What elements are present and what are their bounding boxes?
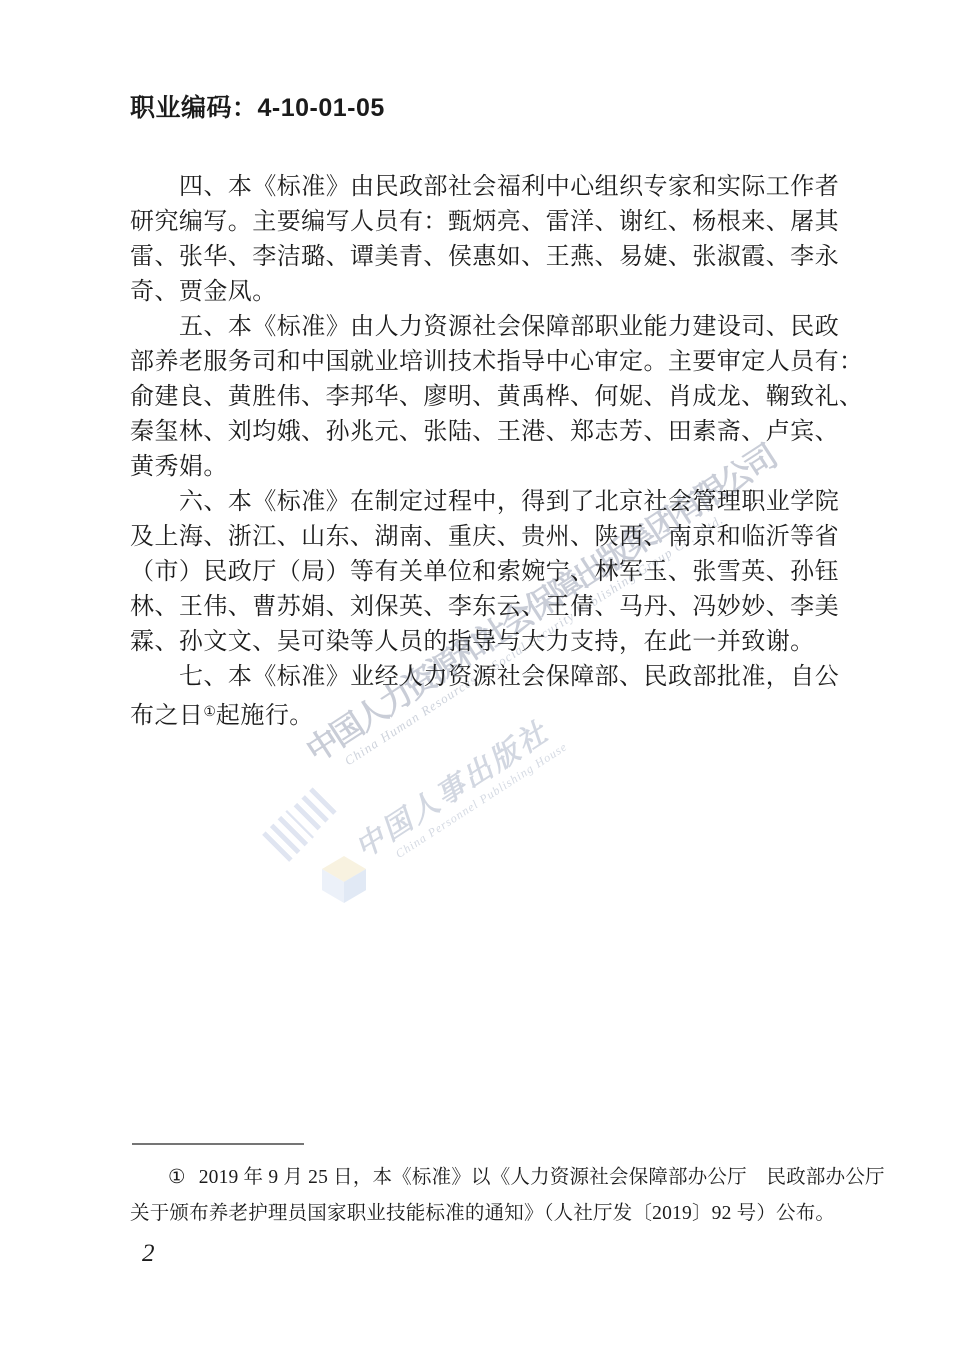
cube-top-face [322,856,366,882]
watermark-press-en: China Personnel Publishing House [393,739,570,861]
body-text-segment: 起施行。 [216,703,314,729]
occupation-code-header: 职业编码：4-10-01-05 [130,88,385,124]
cube-right-face [344,869,366,903]
logo-stripes-icon [290,786,338,834]
body-line: 五、本《标准》由人力资源社会保障部职业能力建设司、民政 [130,310,846,345]
body-text-segment: 布之日 [130,703,203,729]
body-line: 部养老服务司和中国就业培训技术指导中心审定。主要审定人员有： [130,345,846,380]
cube-icon [322,856,366,906]
body-line: 雷、张华、李洁璐、谭美青、侯惠如、王燕、易婕、张淑霞、李永 [130,240,846,275]
body-line: （市）民政厅（局）等有关单位和索婉宁、林军玉、张雪英、孙钰 [130,555,846,590]
body-line: 布之日①起施行。 [130,695,846,730]
footnote-marker: ① [168,1167,186,1188]
logo-stripes-icon [260,810,314,864]
body-line: 黄秀娟。 [130,450,846,485]
cube-left-face [322,869,344,903]
footnote-line: 关于颁布养老护理员国家职业技能标准的通知》（人社厅发〔2019〕92 号）公布。 [130,1196,856,1232]
body-line: 林、王伟、曹苏娟、刘保英、李东云、王倩、马丹、冯妙妙、李美 [130,590,846,625]
footnote-separator [132,1143,304,1145]
body-line: 奇、贾金凤。 [130,275,846,310]
body-line: 研究编写。主要编写人员有：甄炳亮、雷洋、谢红、杨根来、屠其 [130,205,846,240]
footnote-line: ①2019 年 9 月 25 日，本《标准》以《人力资源社会保障部办公厅 民政部… [130,1160,856,1196]
footnote-reference-mark: ① [203,705,216,720]
document-page: 中国人力资源和社会保障出版集团有限公司 China Human Resource… [0,0,970,1361]
body-line: 六、本《标准》在制定过程中，得到了北京社会管理职业学院 [130,485,846,520]
body-line: 俞建良、黄胜伟、李邦华、廖明、黄禹桦、何妮、肖成龙、鞠致礼、 [130,380,846,415]
body-line: 四、本《标准》由民政部社会福利中心组织专家和实际工作者 [130,170,846,205]
body-line: 及上海、浙江、山东、湖南、重庆、贵州、陕西、南京和临沂等省 [130,520,846,555]
body-text: 四、本《标准》由民政部社会福利中心组织专家和实际工作者 研究编写。主要编写人员有… [130,170,846,730]
publisher-logo-icon [258,782,348,872]
body-line: 秦玺林、刘均娥、孙兆元、张陆、王港、郑志芳、田素斋、卢宾、 [130,415,846,450]
watermark-press: 中国人事出版社 China Personnel Publishing House [346,706,570,878]
footnote-text: 2019 年 9 月 25 日，本《标准》以《人力资源社会保障部办公厅 民政部办… [199,1167,885,1188]
page-number: 2 [142,1240,155,1268]
body-line: 七、本《标准》业经人力资源社会保障部、民政部批准，自公 [130,660,846,695]
footnote: ①2019 年 9 月 25 日，本《标准》以《人力资源社会保障部办公厅 民政部… [130,1160,856,1232]
body-line: 霖、孙文文、吴可染等人员的指导与大力支持，在此一并致谢。 [130,625,846,660]
